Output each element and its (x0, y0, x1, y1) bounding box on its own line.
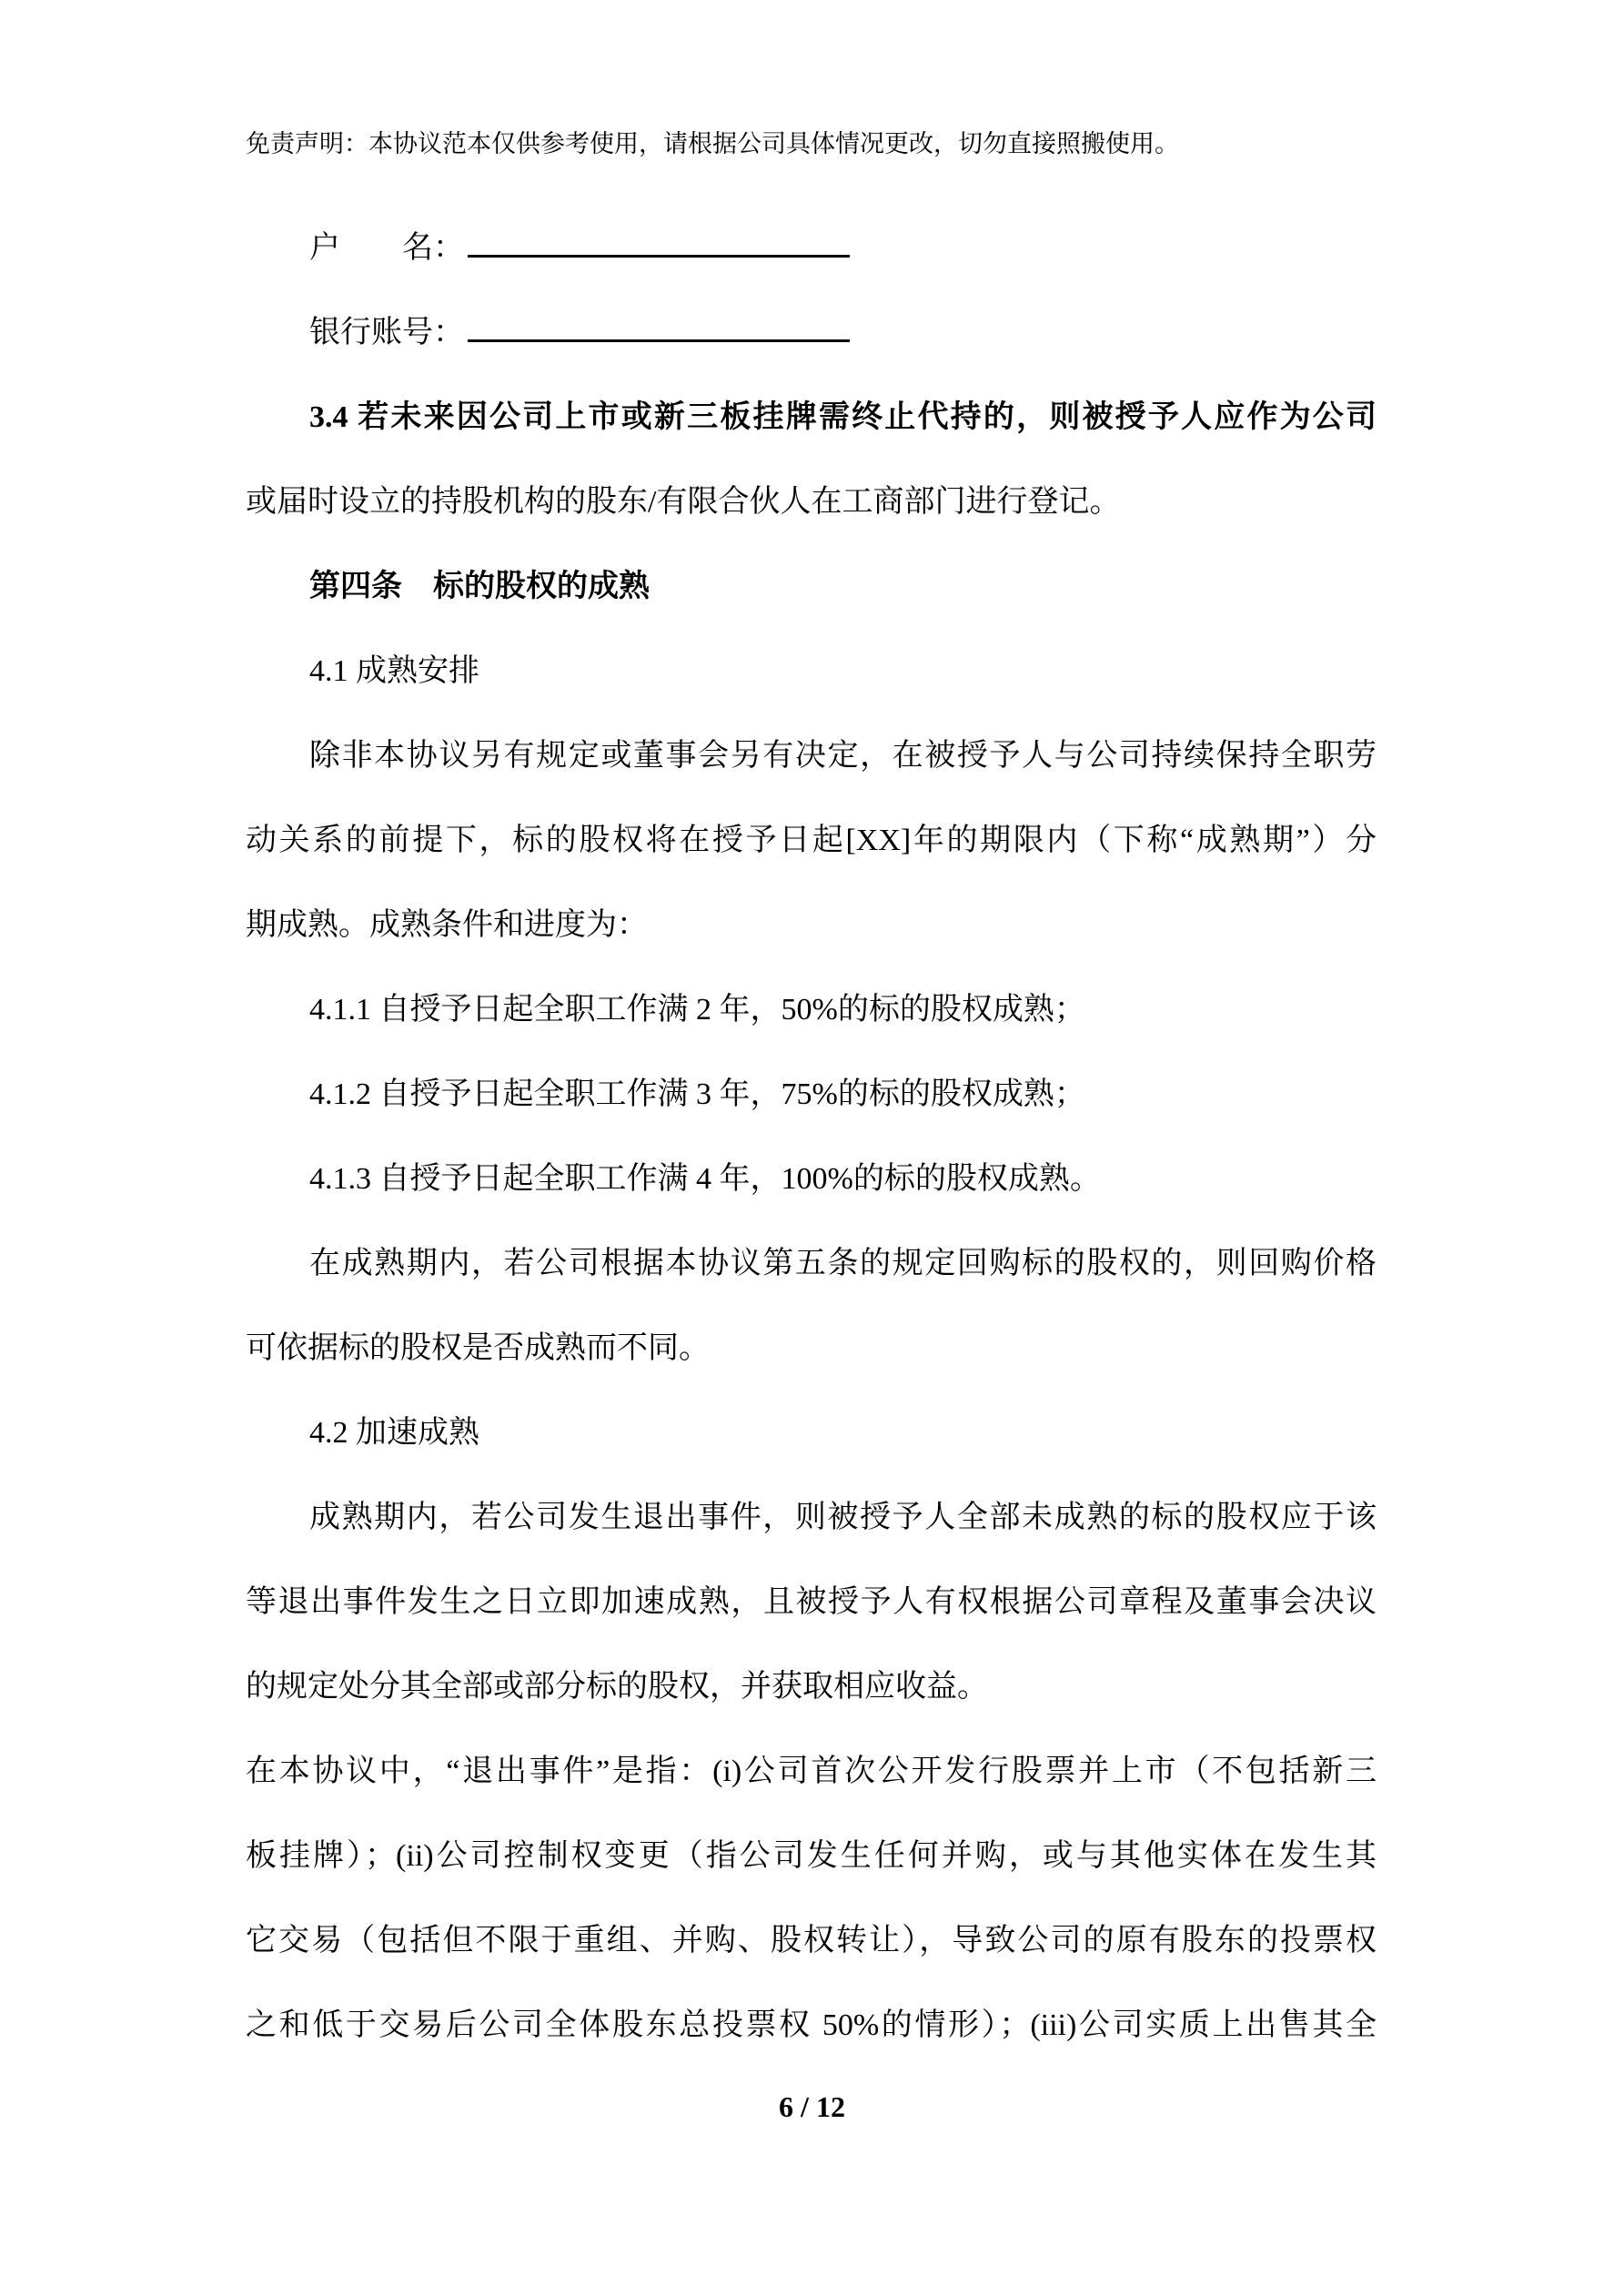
clause-4-2-heading-text: 4.2 加速成熟 (309, 1416, 479, 1450)
account-name-line: 户 名： (246, 206, 1377, 290)
clause-4-1-para2-line-1: 在成熟期内，若公司根据本协议第五条的规定回购标的股权的，则回购价格 (246, 1221, 1377, 1306)
bank-account-line: 银行账号： (246, 290, 1377, 375)
fill-in-blank (468, 308, 850, 342)
account-name-line-text: 户 名： (309, 231, 464, 265)
clause-4-1-2: 4.1.2 自授予日起全职工作满 3 年，75%的标的股权成熟； (246, 1052, 1377, 1137)
exit-event-line-4: 之和低于交易后公司全体股东总投票权 50%的情形）；(iii)公司实质上出售其全 (246, 1983, 1377, 2068)
fill-in-blank (468, 223, 850, 258)
clause-4-1-1-text: 4.1.1 自授予日起全职工作满 2 年，50%的标的股权成熟； (309, 993, 1085, 1027)
clause-4-1-para2-line-2-text: 可依据标的股权是否成熟而不同。 (246, 1331, 710, 1365)
clause-4-2-line-3-text: 的规定处分其全部或部分标的股权，并获取相应收益。 (246, 1670, 988, 1704)
disclaimer-header: 免责声明：本协议范本仅供参考使用，请根据公司具体情况更改，切勿直接照搬使用。 (246, 124, 1179, 159)
clause-4-1-line-2: 动关系的前提下，标的股权将在授予日起[XX]年的期限内（下称“成熟期”）分 (246, 798, 1377, 883)
clause-4-1-para2-line-1-text: 在成熟期内，若公司根据本协议第五条的规定回购标的股权的，则回购价格 (309, 1247, 1377, 1280)
clause-4-1-heading: 4.1 成熟安排 (246, 629, 1377, 713)
clause-4-1-3: 4.1.3 自授予日起全职工作满 4 年，100%的标的股权成熟。 (246, 1137, 1377, 1221)
document-body: 户 名：银行账号：3.4 若未来因公司上市或新三板挂牌需终止代持的，则被授予人应… (246, 206, 1377, 2068)
clause-4-1-1: 4.1.1 自授予日起全职工作满 2 年，50%的标的股权成熟； (246, 967, 1377, 1052)
clause-4-1-line-3-text: 期成熟。成熟条件和进度为： (246, 908, 648, 942)
clause-4-1-heading-text: 4.1 成熟安排 (309, 654, 479, 688)
clause-3-4-line-2-text: 或届时设立的持股机构的股东/有限合伙人在工商部门进行登记。 (246, 485, 1120, 519)
exit-event-line-3-text: 它交易（包括但不限于重组、并购、股权转让），导致公司的原有股东的投票权 (246, 1924, 1377, 1957)
clause-4-2-line-2: 等退出事件发生之日立即加速成熟，且被授予人有权根据公司章程及董事会决议 (246, 1560, 1377, 1644)
exit-event-line-2: 板挂牌）；(ii)公司控制权变更（指公司发生任何并购，或与其他实体在发生其 (246, 1814, 1377, 1898)
clause-4-1-line-1-text: 除非本协议另有规定或董事会另有决定，在被授予人与公司持续保持全职劳 (309, 739, 1377, 773)
clause-3-4-line-1: 3.4 若未来因公司上市或新三板挂牌需终止代持的，则被授予人应作为公司 (246, 375, 1377, 460)
clause-4-2-line-1-text: 成熟期内，若公司发生退出事件，则被授予人全部未成熟的标的股权应于该 (309, 1501, 1377, 1534)
bank-account-line-text: 银行账号： (309, 316, 464, 349)
exit-event-line-1: 在本协议中，“退出事件”是指：(i)公司首次公开发行股票并上市（不包括新三 (246, 1729, 1377, 1814)
document-page: 免责声明：本协议范本仅供参考使用，请根据公司具体情况更改，切勿直接照搬使用。 户… (0, 0, 1624, 2296)
clause-4-2-heading: 4.2 加速成熟 (246, 1391, 1377, 1475)
clause-3-4-line-2: 或届时设立的持股机构的股东/有限合伙人在工商部门进行登记。 (246, 460, 1377, 544)
exit-event-line-3: 它交易（包括但不限于重组、并购、股权转让），导致公司的原有股东的投票权 (246, 1898, 1377, 1983)
clause-4-1-line-2-text: 动关系的前提下，标的股权将在授予日起[XX]年的期限内（下称“成熟期”）分 (246, 824, 1377, 857)
article-4-heading: 第四条 标的股权的成熟 (246, 544, 1377, 629)
clause-4-1-3-text: 4.1.3 自授予日起全职工作满 4 年，100%的标的股权成熟。 (309, 1162, 1101, 1196)
page-number: 6 / 12 (0, 2089, 1624, 2124)
clause-4-1-line-1: 除非本协议另有规定或董事会另有决定，在被授予人与公司持续保持全职劳 (246, 713, 1377, 798)
clause-4-2-line-2-text: 等退出事件发生之日立即加速成熟，且被授予人有权根据公司章程及董事会决议 (246, 1585, 1377, 1619)
clause-4-1-para2-line-2: 可依据标的股权是否成熟而不同。 (246, 1306, 1377, 1391)
exit-event-line-2-text: 板挂牌）；(ii)公司控制权变更（指公司发生任何并购，或与其他实体在发生其 (246, 1839, 1377, 1873)
exit-event-line-4-text: 之和低于交易后公司全体股东总投票权 50%的情形）；(iii)公司实质上出售其全 (246, 2008, 1377, 2042)
clause-4-2-line-1: 成熟期内，若公司发生退出事件，则被授予人全部未成熟的标的股权应于该 (246, 1475, 1377, 1560)
clause-3-4-line-1-text: 3.4 若未来因公司上市或新三板挂牌需终止代持的，则被授予人应作为公司 (309, 400, 1377, 434)
clause-4-2-line-3: 的规定处分其全部或部分标的股权，并获取相应收益。 (246, 1644, 1377, 1729)
article-4-heading-text: 第四条 标的股权的成熟 (309, 570, 650, 603)
clause-4-1-line-3: 期成熟。成熟条件和进度为： (246, 883, 1377, 967)
exit-event-line-1-text: 在本协议中，“退出事件”是指：(i)公司首次公开发行股票并上市（不包括新三 (246, 1755, 1377, 1788)
clause-4-1-2-text: 4.1.2 自授予日起全职工作满 3 年，75%的标的股权成熟； (309, 1077, 1085, 1111)
